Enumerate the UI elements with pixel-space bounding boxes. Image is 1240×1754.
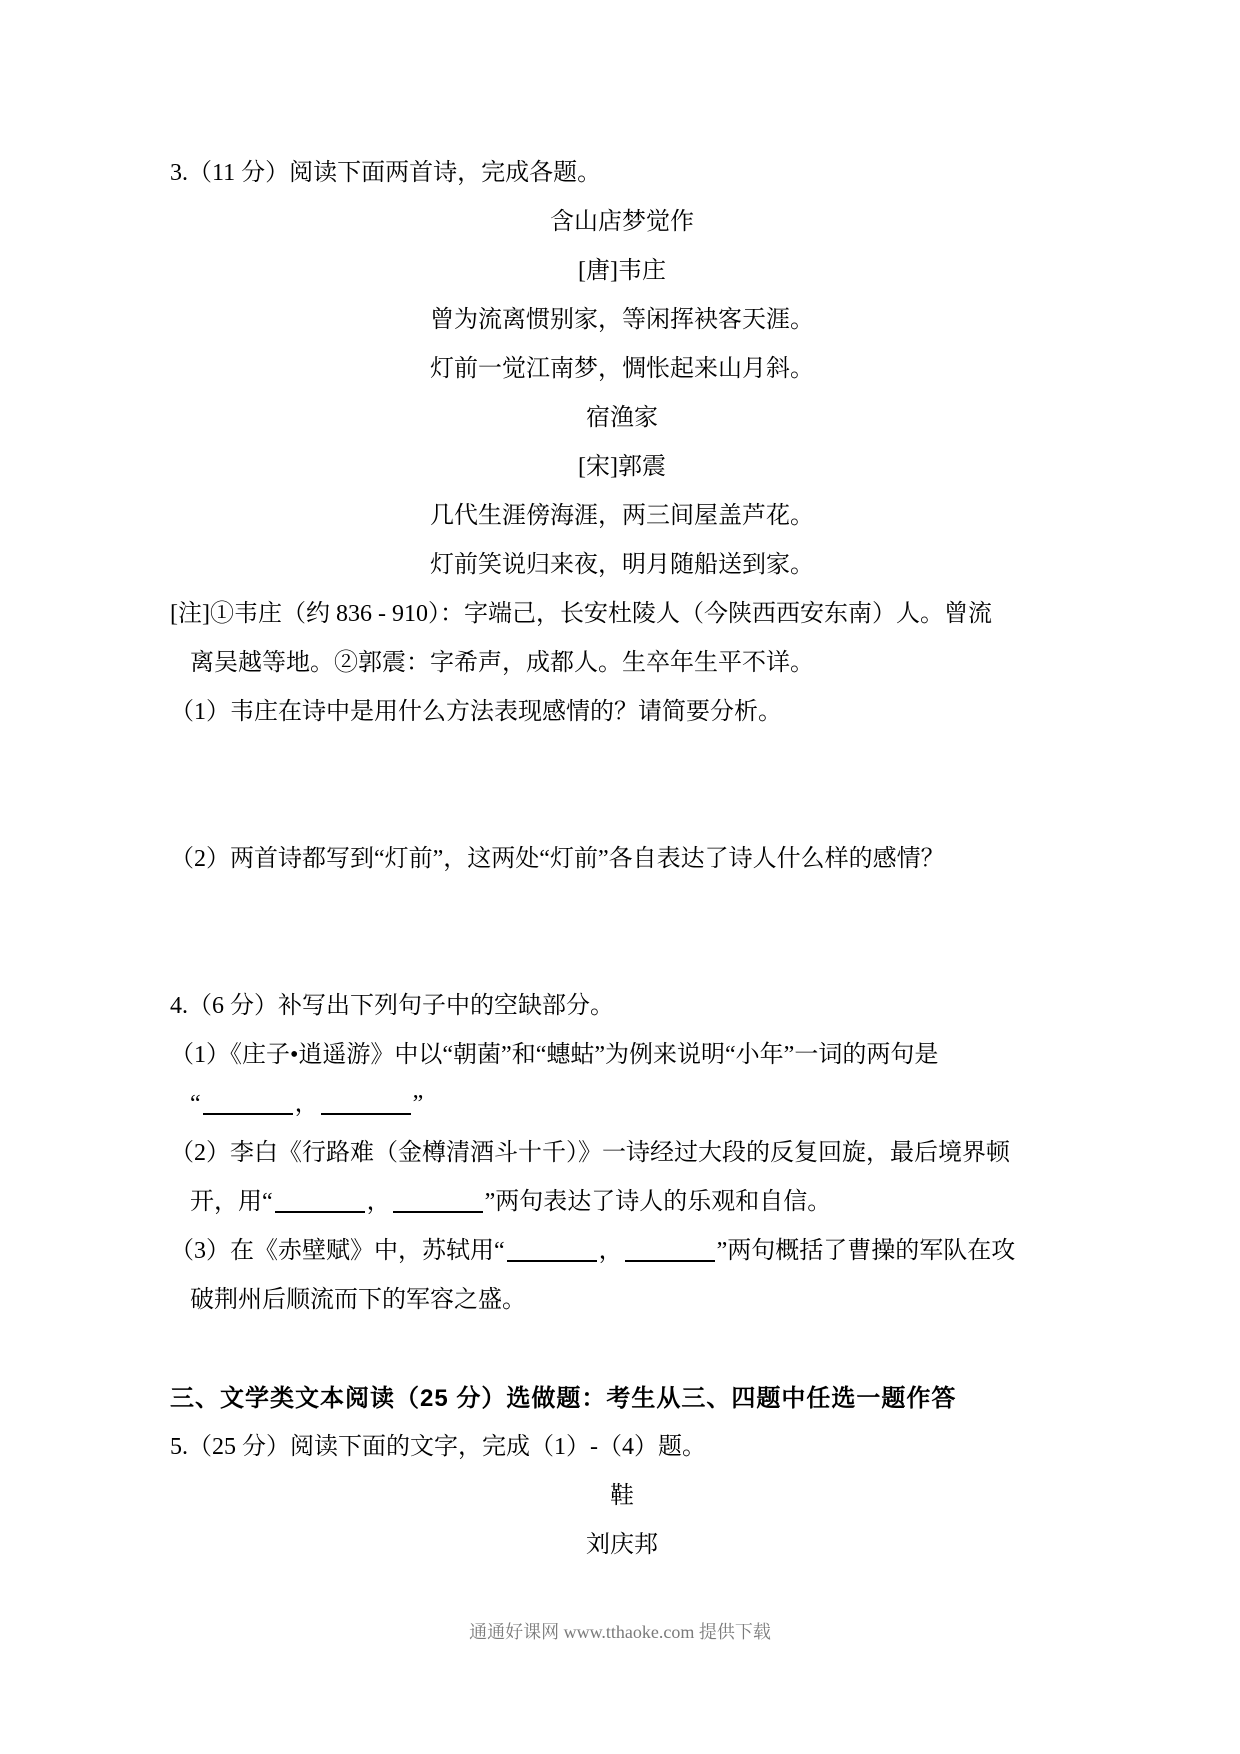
poem-2-author: [宋]郭震 <box>170 443 1074 492</box>
fill-in-blank-line <box>203 1112 293 1115</box>
answer-space-2 <box>170 884 1074 982</box>
story-title: 鞋 <box>170 1472 1074 1521</box>
section-gap <box>170 1325 1074 1374</box>
question-4-sub-1-line-2: “，” <box>170 1080 1074 1129</box>
text-run: 鞋 <box>610 1483 634 1509</box>
text-run: ， <box>367 1189 391 1215</box>
text-run: 灯前一觉江南梦，惆怅起来山月斜。 <box>430 356 814 382</box>
text-run: [唐]韦庄 <box>578 258 666 284</box>
fill-in-blank-line <box>507 1259 597 1262</box>
text-run: 5.（25 分）阅读下面的文字，完成（1）-（4）题。 <box>170 1434 706 1460</box>
question-4-sub-2-line-1: （2）李白《行路难（金樽清酒斗十千）》一诗经过大段的反复回旋，最后境界顿 <box>170 1129 1074 1178</box>
text-run: 4.（6 分）补写出下列句子中的空缺部分。 <box>170 993 614 1019</box>
exam-document-page: 3.（11 分）阅读下面两首诗，完成各题。含山店梦觉作[唐]韦庄曾为流离惯别家，… <box>0 0 1240 1754</box>
text-run: 3.（11 分）阅读下面两首诗，完成各题。 <box>170 160 601 186</box>
text-run: 开，用“ <box>190 1189 273 1215</box>
page-footer: 通通好课网 www.tthaoke.com 提供下载 <box>0 1608 1240 1657</box>
text-run: 刘庆邦 <box>586 1532 658 1558</box>
fill-in-blank-line <box>625 1259 715 1262</box>
note-line-1: [注]①韦庄（约 836 - 910）：字端己，长安杜陵人（今陕西西安东南）人。… <box>170 590 1074 639</box>
note-line-2: 离吴越等地。②郭震：字希声，成都人。生卒年生平不详。 <box>170 639 1074 688</box>
text-run: ， <box>295 1091 319 1117</box>
text-run: 破荆州后顺流而下的军容之盛。 <box>190 1287 526 1313</box>
fill-in-blank-line <box>321 1112 411 1115</box>
poem-2-title: 宿渔家 <box>170 394 1074 443</box>
question-4-sub-1-line-1: （1）《庄子•逍遥游》中以“朝菌”和“蟪蛄”为例来说明“小年”一词的两句是 <box>170 1031 1074 1080</box>
question-3-sub-1: （1）韦庄在诗中是用什么方法表现感情的？请简要分析。 <box>170 688 1074 737</box>
fill-in-blank-line <box>393 1210 483 1213</box>
question-4-header: 4.（6 分）补写出下列句子中的空缺部分。 <box>170 982 1074 1031</box>
story-author: 刘庆邦 <box>170 1521 1074 1570</box>
section-3-heading: 三、文学类文本阅读（25 分）选做题：考生从三、四题中任选一题作答 <box>170 1374 1074 1423</box>
question-4-sub-3-line-2: 破荆州后顺流而下的军容之盛。 <box>170 1276 1074 1325</box>
text-run: （3）在《赤壁赋》中，苏轼用“ <box>170 1238 505 1264</box>
answer-space-1 <box>170 737 1074 835</box>
text-run: 三、文学类文本阅读（25 分）选做题：考生从三、四题中任选一题作答 <box>170 1385 956 1412</box>
text-run: ， <box>599 1238 623 1264</box>
text-run: 几代生涯傍海涯，两三间屋盖芦花。 <box>430 503 814 529</box>
text-run: ” <box>413 1091 424 1117</box>
text-run: （2）两首诗都写到“灯前”，这两处“灯前”各自表达了诗人什么样的感情？ <box>170 846 945 872</box>
poem-2-line-2: 灯前笑说归来夜，明月随船送到家。 <box>170 541 1074 590</box>
text-run: “ <box>190 1091 201 1117</box>
text-run: 宿渔家 <box>586 405 658 431</box>
text-run: 灯前笑说归来夜，明月随船送到家。 <box>430 552 814 578</box>
text-run: [注]①韦庄（约 836 - 910）：字端己，长安杜陵人（今陕西西安东南）人。… <box>170 601 992 627</box>
text-run: 离吴越等地。②郭震：字希声，成都人。生卒年生平不详。 <box>190 650 814 676</box>
text-run: （1）《庄子•逍遥游》中以“朝菌”和“蟪蛄”为例来说明“小年”一词的两句是 <box>170 1042 938 1068</box>
question-3-sub-2: （2）两首诗都写到“灯前”，这两处“灯前”各自表达了诗人什么样的感情？ <box>170 835 1074 884</box>
text-run: （2）李白《行路难（金樽清酒斗十千）》一诗经过大段的反复回旋，最后境界顿 <box>170 1140 1010 1166</box>
question-4-sub-2-line-2: 开，用“，”两句表达了诗人的乐观和自信。 <box>170 1178 1074 1227</box>
text-run: 曾为流离惯别家，等闲挥袂客天涯。 <box>430 307 814 333</box>
question-4-sub-3-line-1: （3）在《赤壁赋》中，苏轼用“，”两句概括了曹操的军队在攻 <box>170 1227 1074 1276</box>
question-5-header: 5.（25 分）阅读下面的文字，完成（1）-（4）题。 <box>170 1423 1074 1472</box>
text-run: 含山店梦觉作 <box>550 209 694 235</box>
fill-in-blank-line <box>275 1210 365 1213</box>
poem-2-line-1: 几代生涯傍海涯，两三间屋盖芦花。 <box>170 492 1074 541</box>
poem-1-line-1: 曾为流离惯别家，等闲挥袂客天涯。 <box>170 296 1074 345</box>
text-run: （1）韦庄在诗中是用什么方法表现感情的？请简要分析。 <box>170 699 782 725</box>
footer-text: 通通好课网 www.tthaoke.com 提供下载 <box>469 1622 771 1642</box>
question-3-header: 3.（11 分）阅读下面两首诗，完成各题。 <box>170 149 1074 198</box>
text-run: ”两句表达了诗人的乐观和自信。 <box>485 1189 832 1215</box>
poem-1-title: 含山店梦觉作 <box>170 198 1074 247</box>
poem-1-line-2: 灯前一觉江南梦，惆怅起来山月斜。 <box>170 345 1074 394</box>
document-content: 3.（11 分）阅读下面两首诗，完成各题。含山店梦觉作[唐]韦庄曾为流离惯别家，… <box>170 149 1074 1570</box>
text-run: ”两句概括了曹操的军队在攻 <box>717 1238 1016 1264</box>
poem-1-author: [唐]韦庄 <box>170 247 1074 296</box>
text-run: [宋]郭震 <box>578 454 666 480</box>
